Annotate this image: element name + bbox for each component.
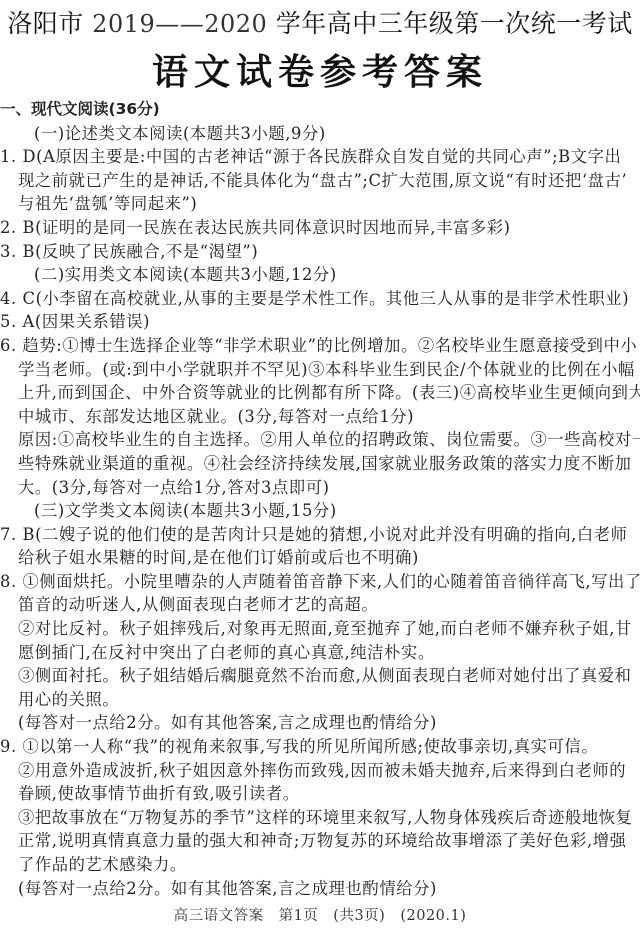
answer-line: 愿倒插门,在反衬中突出了白老师的真心真意,纯洁朴实。 [0,641,640,665]
answer-line: 现之前就已产生的是神话,不能具体化为“盘古”;C扩大范围,原文说“有时还把‘盘古… [0,169,640,193]
answer-line: 中城市、东部发达地区就业。(3分,每答对一点给1分) [0,405,640,429]
answer-line: 5. A(因果关系错误) [0,310,640,334]
header-exam: 学年高中三年级第一次统一考试 [276,9,633,38]
answer-line: 4. C(小李留在高校就业,从事的主要是学术性工作。其他三人从事的是非学术性职业… [0,287,640,311]
answer-line: 了作品的艺术感染力。 [0,853,640,877]
answer-line: 原因:①高校毕业生的自主选择。②用人单位的招聘政策、岗位需要。③一些高校对一 [0,428,640,452]
answer-line: 与祖先‘盘瓠’等同起来”) [0,192,640,216]
exam-header: 洛阳市 2019——2020 学年高中三年级第一次统一考试 [0,4,640,40]
answer-line: 7. B(二嫂子说的他们使的是苦肉计只是她的猜想,小说对此并没有明确的指向,白老… [0,523,640,547]
header-city: 洛阳市 [7,9,84,38]
answer-line: 笛音的动听迷人,从侧面表现白老师才艺的高超。 [0,593,640,617]
answer-line: 学当老师。(或:到中小学就职并不罕见)③本科毕业生到民企/个体就业的比例在小幅 [0,358,640,382]
answer-line: 3. B(反映了民族融合,不是“渴望”) [0,240,640,264]
answer-line: 8. ①侧面烘托。小院里嘈杂的人声随着笛音静下来,人们的心随着笛音徜徉高飞,写出… [0,570,640,594]
answer-line: ②对比反衬。秋子姐摔残后,对象再无照面,竟至抛弃了她,而白老师不嫌弃秋子姐,甘 [0,617,640,641]
answer-line: 2. B(证明的是同一民族在表达民族共同体意识时因地而异,丰富多彩) [0,216,640,240]
answer-line: ③把故事放在“万物复苏的季节”这样的环境里来叙写,人物身体残疾后奇迹般地恢复 [0,806,640,830]
section-heading: 一、现代文阅读(36分) [0,98,640,122]
subsection-heading: (二)实用类文本阅读(本题共3小题,12分) [0,263,640,287]
answer-line: 用心的关照。 [0,688,640,712]
answer-body: 一、现代文阅读(36分)(一)论述类文本阅读(本题共3小题,9分)1. D(A原… [0,98,640,900]
page-footer: 高三语文答案 第1页 (共3页) (2020.1) [0,904,640,925]
answer-line: 大。(3分,每答对一点给1分,答对3点即可) [0,476,640,500]
subsection-heading: (一)论述类文本阅读(本题共3小题,9分) [0,122,640,146]
answer-line: ③侧面衬托。秋子姐结婚后瘸腿竟然不治而愈,从侧面表现白老师对她付出了真爱和 [0,664,640,688]
answer-line: 6. 趋势:①博士生选择企业等“非学术职业”的比例增加。②名校毕业生愿意接受到中… [0,334,640,358]
answer-line: 正常,说明真情真意力量的强大和神奇;万物复苏的环境给故事增添了美好色彩,增强 [0,829,640,853]
answer-line: ②用意外造成波折,秋子姐因意外摔伤而致残,因而被未婚夫抛弃,后来得到白老师的 [0,759,640,783]
subsection-heading: (三)文学类文本阅读(本题共3小题,15分) [0,499,640,523]
answer-line: 些特殊就业渠道的重视。④社会经济持续发展,国家就业服务政策的落实力度不断加 [0,452,640,476]
answer-line: 给秋子姐水果糖的时间,是在他们订婚前或后也不明确) [0,546,640,570]
page-title: 语文试卷参考答案 [0,44,640,95]
header-years: 2019——2020 [92,10,267,38]
answer-line: 上升,而到国企、中外合资等就业的比例都有所下降。(表三)④高校毕业生更倾向到大 [0,381,640,405]
answer-line: 眷顾,使故事情节曲折有致,吸引读者。 [0,782,640,806]
answer-line: (每答对一点给2分。如有其他答案,言之成理也酌情给分) [0,711,640,735]
answer-line: 9. ①以第一人称“我”的视角来叙事,写我的所见所闻所感;使故事亲切,真实可信。 [0,735,640,759]
answer-line: 1. D(A原因主要是:中国的古老神话“源于各民族群众自发自觉的共同心声”;B文… [0,145,640,169]
answer-line: (每答对一点给2分。如有其他答案,言之成理也酌情给分) [0,877,640,901]
